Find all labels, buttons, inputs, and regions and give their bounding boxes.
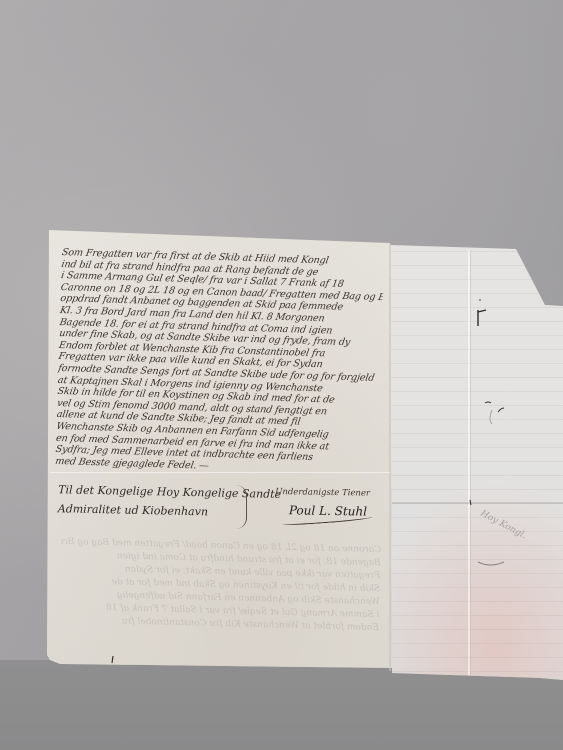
address-brace (236, 485, 247, 529)
address-line: Admiralitet ud Kiobenhavn (58, 499, 228, 522)
signature-block: Underdanigste Tiener Poul L. Stuhl (275, 487, 391, 524)
page-edge-divider (389, 243, 391, 671)
subscription: Underdanigste Tiener (275, 487, 390, 499)
ink-bleed-through: Caronne on 18 og 2L 18 og en Canon baad/… (59, 536, 381, 635)
letter-address: Til det Kongelige Hoy Kongelige Sandte A… (58, 480, 229, 522)
horizontal-fold-crease (392, 502, 563, 504)
letter-body: Som Fregatten var fra first at de Skib a… (55, 247, 384, 477)
vertical-fold-crease (468, 250, 470, 675)
letter-sheet: Som Fregatten var fra first at de Skib a… (0, 0, 563, 750)
